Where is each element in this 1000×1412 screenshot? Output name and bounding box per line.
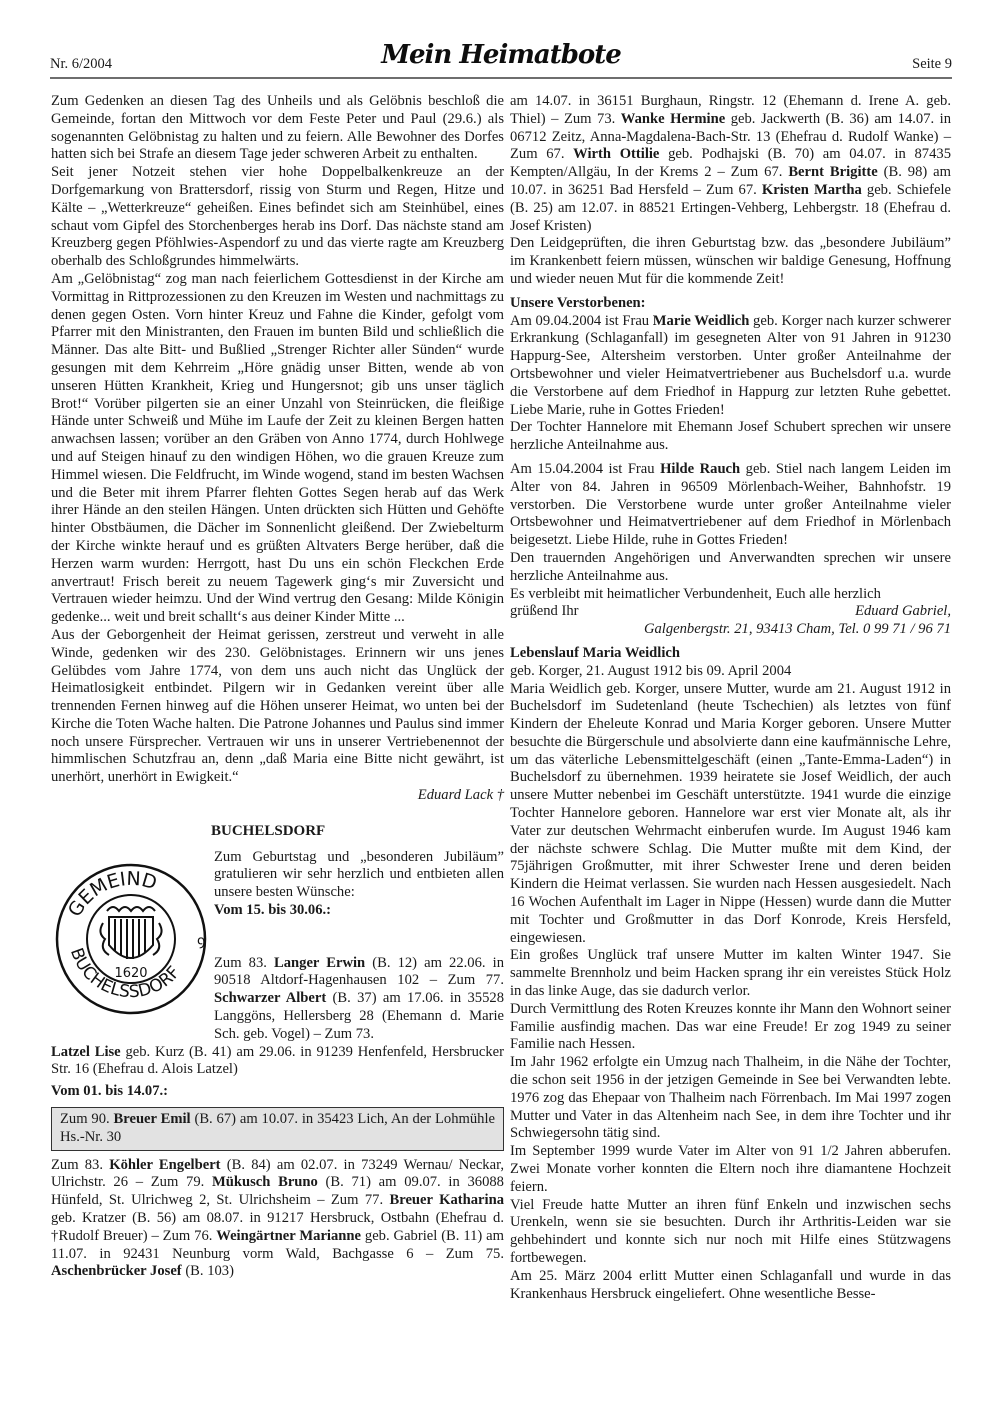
page-header: Nr. 6/2004 Mein Heimatbote Seite 9	[50, 40, 952, 80]
person-name: Weingärtner Marianne	[216, 1228, 361, 1244]
birthday-section: GEMEIND BUCHELSSDORF 1620 ꝯ Zum Geburtst…	[51, 849, 504, 1019]
page-number: Seite 9	[912, 56, 952, 73]
paragraph: Viel Freude hatte Mutter an ihren fünf E…	[510, 1197, 951, 1268]
person-name: Bernt Brigitte	[788, 164, 877, 180]
signature-name: Eduard Gabriel,	[855, 603, 951, 621]
closing: Es verbleibt mit heimatlicher Verbundenh…	[510, 586, 951, 604]
paragraph: Maria Weidlich geb. Korger, unsere Mutte…	[510, 681, 951, 948]
svg-text:ꝯ: ꝯ	[197, 933, 205, 949]
person-name: Marie Weidlich	[653, 313, 750, 329]
biography-heading: Lebenslauf Maria Weidlich	[510, 645, 951, 663]
birthday-list: am 14.07. in 36151 Burghaun, Ringstr. 12…	[510, 93, 951, 235]
paragraph: Durch Vermittlung des Roten Kreuzes konn…	[510, 1001, 951, 1054]
person-name: Breuer Emil	[114, 1111, 191, 1127]
period-heading: Vom 01. bis 14.07.:	[51, 1083, 504, 1101]
person-name: Kristen Martha	[762, 182, 862, 198]
paragraph: Seit jener Notzeit stehen vier hohe Dopp…	[51, 164, 504, 271]
birthday-intro: Zum Geburtstag und „besonderen Jubiläum”…	[214, 849, 504, 902]
masthead-logo: Mein Heimatbote	[381, 40, 621, 70]
seal-top-text: GEMEIND	[64, 867, 160, 920]
article-author: Eduard Lack †	[51, 787, 504, 805]
paragraph: Ein großes Unglück traf unsere Mutter im…	[510, 947, 951, 1000]
paragraph: Zum Gedenken an diesen Tag des Unheils u…	[51, 93, 504, 164]
condolence: Der Tochter Hannelore mit Ehemann Josef …	[510, 419, 951, 455]
paragraph: Im Jahr 1962 erfolgte ein Umzug nach Tha…	[510, 1054, 951, 1143]
paragraph: Am 25. März 2004 erlitt Mutter einen Sch…	[510, 1268, 951, 1304]
condolence: Den trauernden Angehörigen und Anverwand…	[510, 550, 951, 586]
paragraph: Aus der Geborgenheit der Heimat gerissen…	[51, 627, 504, 787]
header-rule	[50, 77, 952, 79]
signature: grüßend Ihr Eduard Gabriel,	[510, 603, 951, 621]
get-well-wish: Den Leidgeprüften, die ihren Geburtstag …	[510, 235, 951, 288]
deceased-heading: Unsere Verstorbenen:	[510, 295, 951, 313]
seal-year: 1620	[114, 966, 147, 981]
signature-address: Galgenbergstr. 21, 93413 Cham, Tel. 0 99…	[510, 621, 951, 639]
right-column: am 14.07. in 36151 Burghaun, Ringstr. 12…	[510, 93, 951, 1303]
obituary: Am 09.04.2004 ist Frau Marie Weidlich ge…	[510, 313, 951, 420]
person-name: Wanke Hermine	[621, 111, 725, 127]
left-column: Zum Gedenken an diesen Tag des Unheils u…	[51, 93, 504, 1281]
person-name: Hilde Rauch	[660, 461, 740, 477]
birthday-list: Zum 83. Köhler Engelbert (B. 84) am 02.0…	[51, 1157, 504, 1282]
person-name: Wirth Ottilie	[573, 146, 659, 162]
municipal-seal-icon: GEMEIND BUCHELSSDORF 1620 ꝯ	[51, 859, 211, 1019]
person-name: Latzel Lise	[51, 1044, 121, 1060]
person-name: Köhler Engelbert	[109, 1157, 220, 1173]
obituary: Am 15.04.2004 ist Frau Hilde Rauch geb. …	[510, 461, 951, 550]
person-name: Mükusch Bruno	[212, 1174, 318, 1190]
svg-text:GEMEIND: GEMEIND	[64, 867, 160, 920]
biography-subtitle: geb. Korger, 21. August 1912 bis 09. Apr…	[510, 663, 951, 681]
paragraph: Im September 1999 wurde Vater im Alter v…	[510, 1143, 951, 1196]
person-name: Aschenbrücker Josef	[51, 1263, 182, 1279]
person-name: Breuer Katharina	[390, 1192, 505, 1208]
issue-number: Nr. 6/2004	[50, 56, 112, 73]
period-heading: Vom 15. bis 30.06.:	[214, 902, 504, 920]
highlight-box: Zum 90. Breuer Emil (B. 67) am 10.07. in…	[51, 1107, 504, 1151]
paragraph: Am „Gelöbnistag“ zog man nach feierliche…	[51, 271, 504, 627]
section-title-buchelsdorf: BUCHELSDORF	[211, 823, 504, 841]
